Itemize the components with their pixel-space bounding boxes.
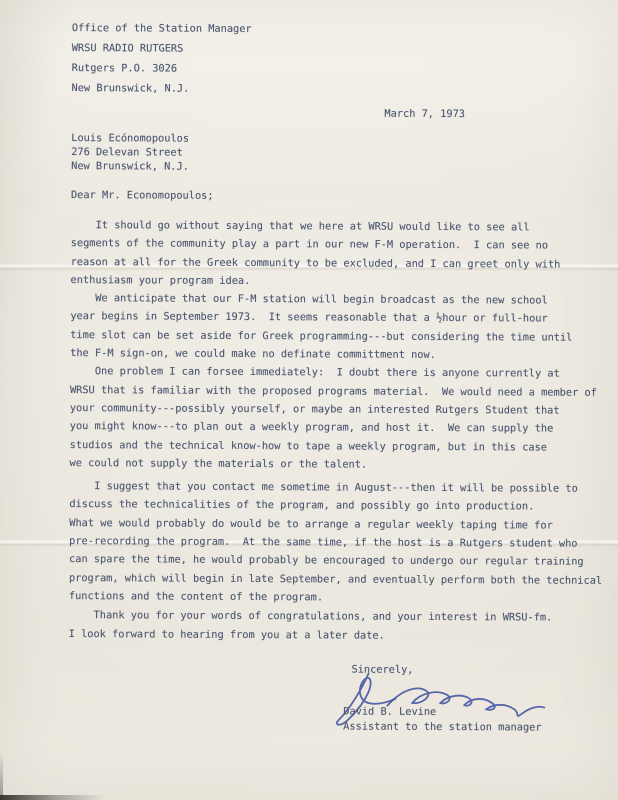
sender-line: New Brunswick, N.J.: [71, 78, 251, 99]
sender-line: Office of the Station Manager: [72, 18, 252, 39]
body-line: Thank you for your words of congratulati…: [69, 606, 609, 627]
body-line: can spare the time, he would probably be…: [69, 550, 609, 571]
body-line: I look forward to hearing from you at a …: [69, 625, 609, 646]
paragraph-5: Thank you for your words of congratulati…: [69, 606, 609, 645]
body-line: you might know---to plan out a weekly pr…: [70, 417, 610, 438]
body-line: discuss the technicalities of the progra…: [69, 496, 609, 517]
paragraph-3: One problem I can forsee immediately: I …: [70, 362, 611, 475]
paragraph-1: It should go without saying that we here…: [70, 216, 610, 292]
signer-name: David B. Levine: [343, 705, 436, 717]
body-line: functions and the content of the program…: [69, 587, 609, 608]
letter-date: March 7, 1973: [384, 108, 465, 120]
letter-body: It should go without saying that we here…: [69, 216, 611, 646]
body-line: segments of the community play a part in…: [71, 234, 611, 255]
sender-line: Rutgers P.O. 3026: [72, 58, 252, 79]
body-line: we could not supply the materials or the…: [70, 454, 610, 475]
paper-edge-shadow: [0, 752, 3, 800]
sender-address-block: Office of the Station Manager WRSU RADIO…: [71, 18, 251, 99]
paragraph-4: I suggest that you contact me sometime i…: [69, 477, 610, 608]
body-line: One problem I can forsee immediately: I …: [70, 362, 610, 383]
recipient-line: 276 Delevan Street: [71, 145, 189, 160]
photo-corner-shadow: [0, 795, 105, 800]
recipient-address-block: Louis Ecónomopoulos 276 Delevan Street N…: [71, 131, 189, 174]
closing-salutation: Sincerely,: [351, 664, 413, 676]
recipient-line: Louis Ecónomopoulos: [71, 131, 189, 146]
salutation: Dear Mr. Economopoulos;: [71, 189, 214, 202]
paragraph-2: We anticipate that our F-M station will …: [70, 289, 610, 365]
recipient-line: New Brunswick, N.J.: [71, 159, 189, 174]
letter-document: Office of the Station Manager WRSU RADIO…: [0, 0, 618, 800]
sender-line: WRSU RADIO RUTGERS: [72, 38, 252, 59]
signer-title: Assistant to the station manager: [343, 720, 541, 733]
